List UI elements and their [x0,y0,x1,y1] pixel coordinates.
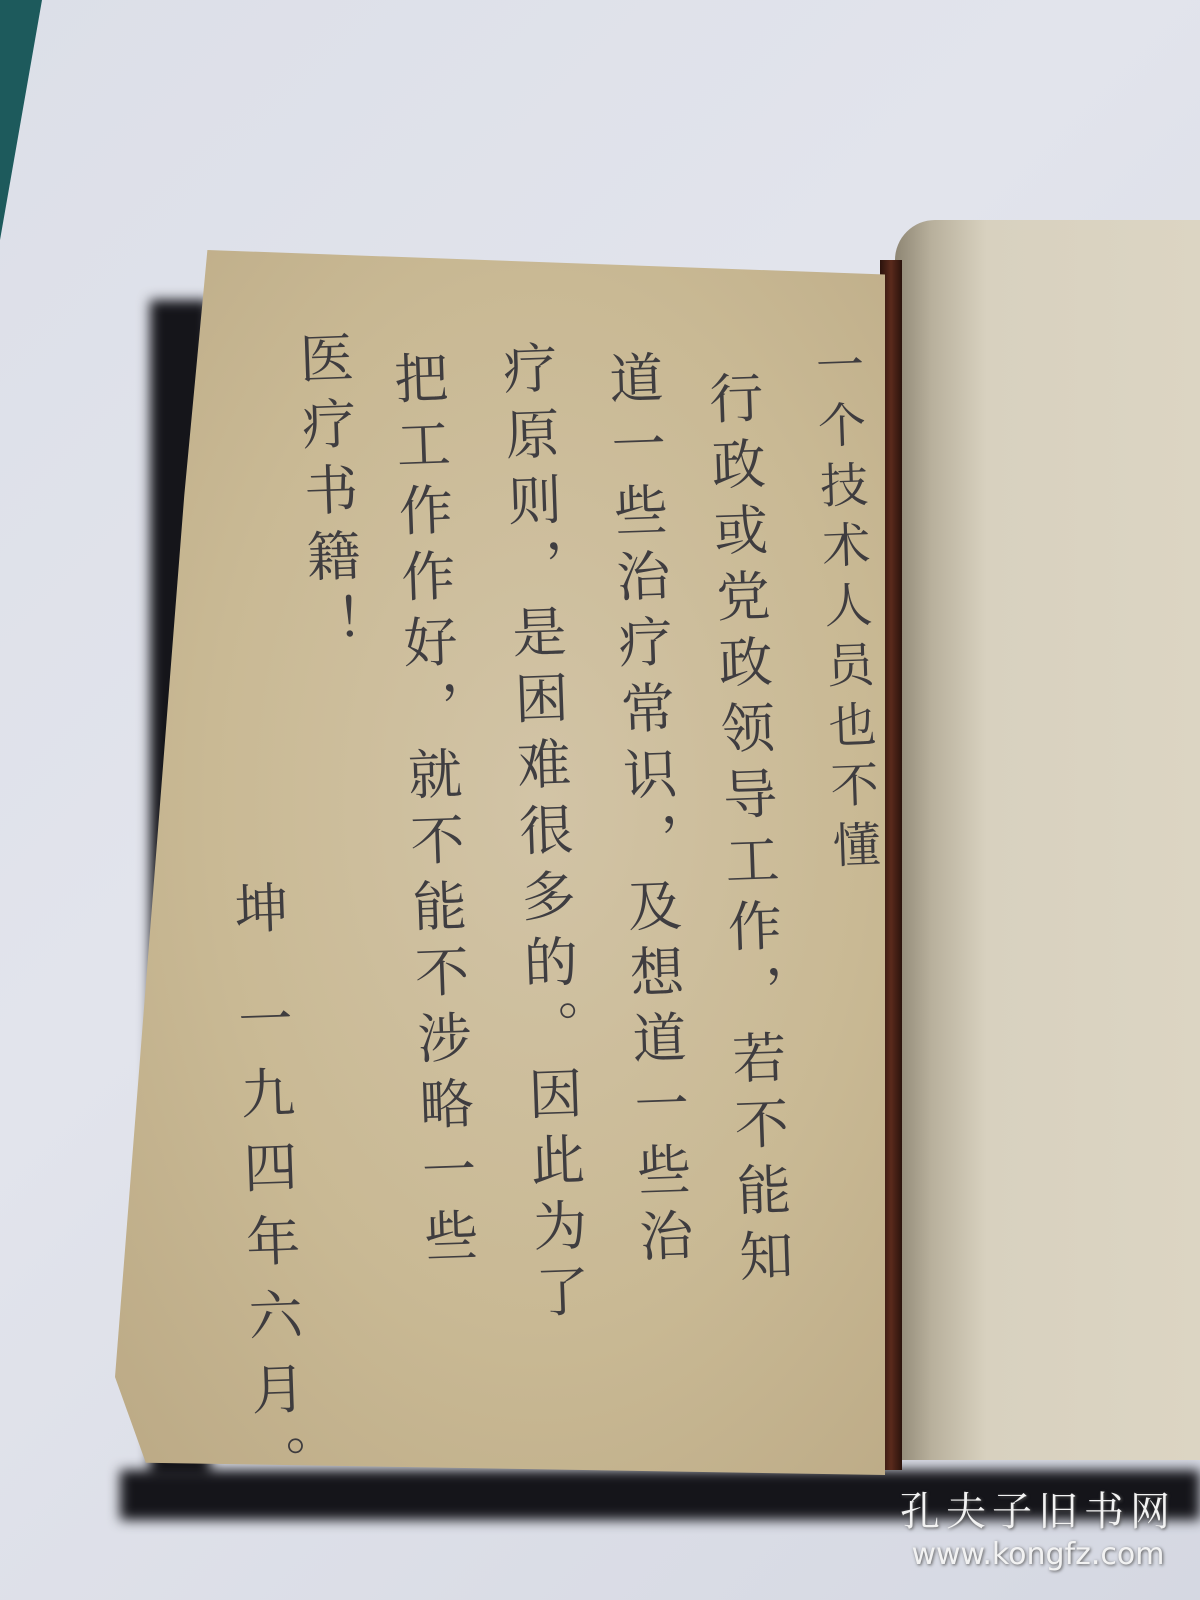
watermark: 孔夫子旧书网 www.kongfz.com [900,1480,1176,1572]
watermark-url: www.kongfz.com [900,1537,1176,1572]
manuscript-column-6: 医疗书籍！ [294,329,359,661]
watermark-site-name: 孔夫子旧书网 [900,1480,1176,1537]
book-right-page [895,220,1200,1460]
teal-background-strip [0,0,42,240]
